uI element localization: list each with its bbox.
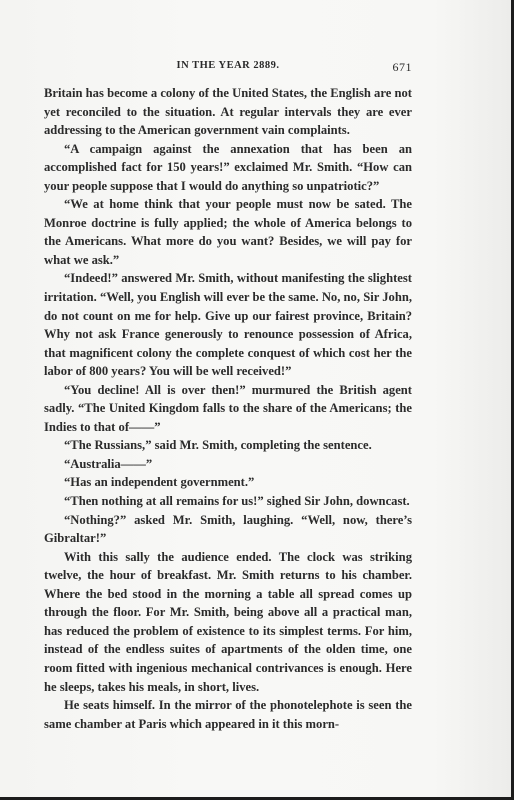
paragraph: He seats himself. In the mirror of the p…	[44, 696, 412, 733]
running-title: IN THE YEAR 2889.	[44, 60, 412, 71]
paragraph: “Has an independent government.”	[44, 473, 412, 492]
paragraph: With this sally the audience ended. The …	[44, 548, 412, 696]
paragraph: “The Russians,” said Mr. Smith, completi…	[44, 436, 412, 455]
paragraph: “A campaign against the annexation that …	[44, 140, 412, 196]
paragraph: “Nothing?” asked Mr. Smith, laughing. “W…	[44, 511, 412, 548]
page-header: IN THE YEAR 2889. 671	[44, 60, 412, 76]
paragraph: “Indeed!” answered Mr. Smith, without ma…	[44, 269, 412, 380]
paragraph: “Australia——”	[44, 455, 412, 474]
book-page: IN THE YEAR 2889. 671 Britain has become…	[0, 0, 511, 797]
paragraph: “You decline! All is over then!” murmure…	[44, 381, 412, 437]
paragraph: “Then nothing at all remains for us!” si…	[44, 492, 412, 511]
paragraph: “We at home think that your people must …	[44, 195, 412, 269]
paragraph: Britain has become a colony of the Unite…	[44, 84, 412, 140]
body-text: Britain has become a colony of the Unite…	[44, 84, 412, 733]
page-number: 671	[393, 60, 413, 75]
